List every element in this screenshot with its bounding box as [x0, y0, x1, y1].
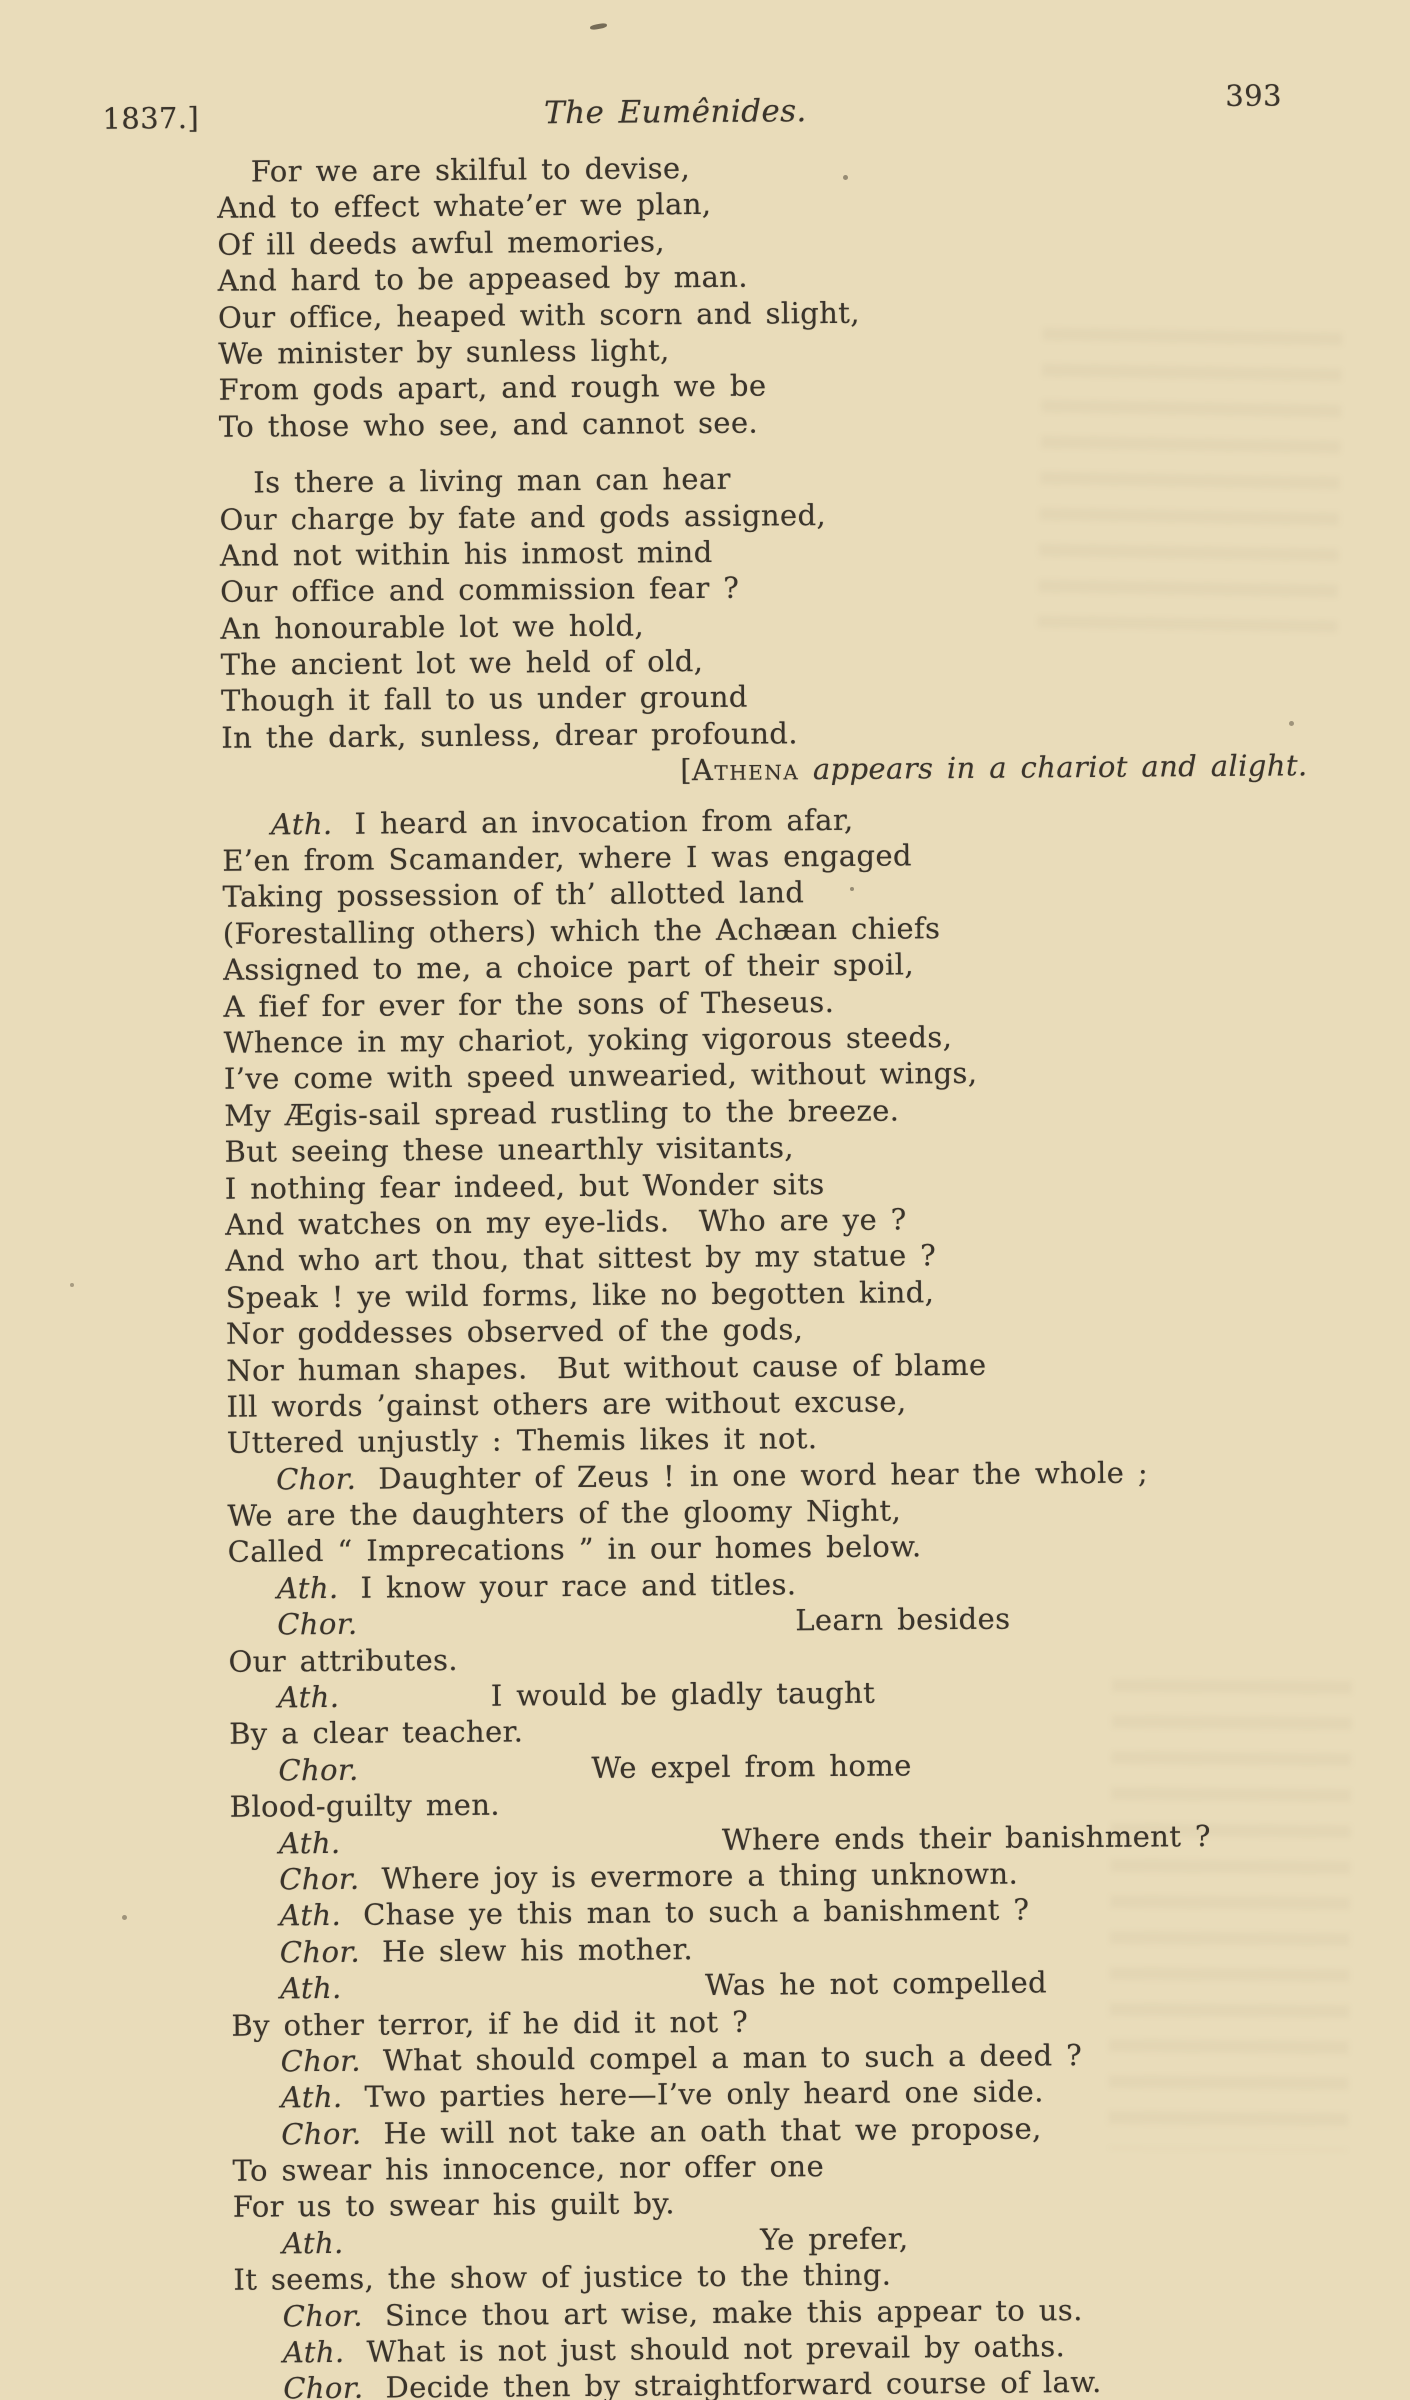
speaker-label: Chor.: [281, 2044, 361, 2079]
speaker-label: Ath.: [283, 2335, 345, 2369]
dialogue-text: Ill words ’gainst others are without exc…: [226, 1384, 906, 1423]
page-text-column: For we are skilful to devise,And to effe…: [217, 125, 1327, 2400]
speaker-label: Ath.: [279, 1825, 341, 1859]
dialogue-text: And watches on my eye-lids. Who are ye ?: [225, 1202, 907, 1241]
dialogue-text: Our attributes.: [228, 1643, 458, 1679]
dialogue-text: (Forestalling others) which the Achæan c…: [223, 911, 941, 951]
dialogue-text: Whence in my chariot, yoking vigorous st…: [224, 1020, 953, 1060]
dialogue-text: Two parties here—I’ve only heard one sid…: [364, 2075, 1043, 2114]
dialogue-text: I know your race and titles.: [360, 1567, 796, 1604]
speaker-label: Chor.: [281, 2116, 361, 2151]
speaker-label: Chor.: [283, 2371, 363, 2400]
dialogue-text: By other terror, if he did it not ?: [231, 2004, 748, 2042]
page-number: 393: [1225, 78, 1282, 112]
dialogue-text: To swear his innocence, nor offer one: [232, 2149, 824, 2188]
dialogue-text: What should compel a man to such a deed …: [383, 2038, 1082, 2077]
dialogue-text: My Ægis-sail spread rustling to the bree…: [224, 1093, 899, 1132]
dialogue-text: It seems, the show of justice to the thi…: [233, 2258, 891, 2297]
dialogue-text: Since thou art wise, make this appear to…: [385, 2293, 1083, 2332]
dialogue-text: But seeing these unearthly visitants,: [224, 1130, 794, 1168]
speaker-label: Ath.: [279, 1898, 341, 1932]
stage-action: appears in a chariot and alight.: [799, 749, 1308, 787]
dialogue-text: Daughter of Zeus ! in one word hear the …: [378, 1455, 1148, 1495]
dialogue-text: Uttered unjustly : Themis likes it not.: [227, 1421, 818, 1460]
dialogue-text: Speak ! ye wild forms, like no begotten …: [226, 1275, 935, 1315]
dialogue-text: Where ends their banishment ?: [722, 1818, 1211, 1858]
dialogue-text: I would be gladly taught: [491, 1675, 876, 1714]
dialogue-text: Chase ye this man to such a banishment ?: [363, 1893, 1029, 1932]
speaker-label: Chor.: [276, 1461, 356, 1496]
dialogue-text: Called “ Imprecations ” in our homes bel…: [228, 1530, 922, 1569]
dialogue-text: Nor goddesses observed of the gods,: [226, 1312, 804, 1351]
dialogue-text: We expel from home: [591, 1747, 912, 1786]
scanned-book-page: 1837.] The Eumênides. 393 For we are ski…: [0, 0, 1410, 2400]
dialogue-text: Taking possession of th’ allotted land: [222, 876, 804, 915]
speaker-label: Chor.: [279, 1862, 359, 1897]
dialogue-text: Nor human shapes. But without cause of b…: [226, 1347, 986, 1387]
dialogue-text: He will not take an oath that we propose…: [383, 2111, 1041, 2150]
speaker-label: Ath.: [282, 2226, 344, 2260]
dialogue-text: I nothing fear indeed, but Wonder sits: [225, 1167, 825, 1206]
dialogue-text: Assigned to me, a choice part of their s…: [223, 948, 914, 987]
dialogue-text: What is not just should not prevail by o…: [366, 2329, 1065, 2368]
stanza: For we are skilful to devise,And to effe…: [217, 145, 1311, 445]
dialogue-text: For us to swear his guilt by.: [233, 2187, 675, 2224]
stage-bracket: [: [680, 753, 692, 787]
speaker-label: Chor.: [278, 1753, 358, 1788]
verse-line: To those who see, and cannot see.: [219, 400, 1311, 445]
dialogue-text: Learn besides: [795, 1601, 1010, 1639]
speaker-label: Ath.: [278, 1680, 340, 1714]
speaker-label: Chor.: [283, 2298, 363, 2333]
stage-direction: [Athena appears in a chariot and alight.: [221, 747, 1313, 792]
speaker-label: Chor.: [277, 1607, 357, 1642]
stanza: Is there a living man can hearOur charge…: [219, 456, 1313, 756]
dialogue-text: I’ve come with speed unwearied, without …: [224, 1056, 978, 1096]
stage-character-name: Athena: [692, 753, 800, 788]
page-sheet: 1837.] The Eumênides. 393 For we are ski…: [0, 0, 1410, 2400]
dialogue-text: Where joy is evermore a thing unknown.: [381, 1857, 1018, 1896]
dialogue-text: Blood-guilty men.: [230, 1788, 501, 1824]
dialogue-text: I heard an invocation from afar,: [354, 802, 853, 840]
dialogue-text: By a clear teacher.: [229, 1715, 523, 1751]
dialogue-text: We are the daughters of the gloomy Night…: [227, 1494, 901, 1533]
dialogue-block: Ath.I heard an invocation from afar,E’en…: [222, 798, 1327, 2400]
speaker-label: Ath.: [271, 807, 333, 841]
speaker-label: Chor.: [280, 1934, 360, 1969]
dialogue-text: E’en from Scamander, where I was engaged: [222, 838, 912, 877]
dialogue-text: And who art thou, that sittest by my sta…: [225, 1239, 936, 1279]
speaker-label: Ath.: [281, 2080, 343, 2114]
speaker-label: Ath.: [277, 1571, 339, 1605]
dialogue-text: Ye prefer,: [760, 2220, 909, 2258]
dialogue-text: He slew his mother.: [382, 1932, 693, 1968]
dialogue-text: A fief for ever for the sons of Theseus.: [223, 985, 834, 1024]
speaker-label: Ath.: [280, 1971, 342, 2005]
dialogue-text: Decide then by straightforward course of…: [385, 2365, 1101, 2400]
dialogue-text: Was he not compelled: [705, 1964, 1047, 2003]
